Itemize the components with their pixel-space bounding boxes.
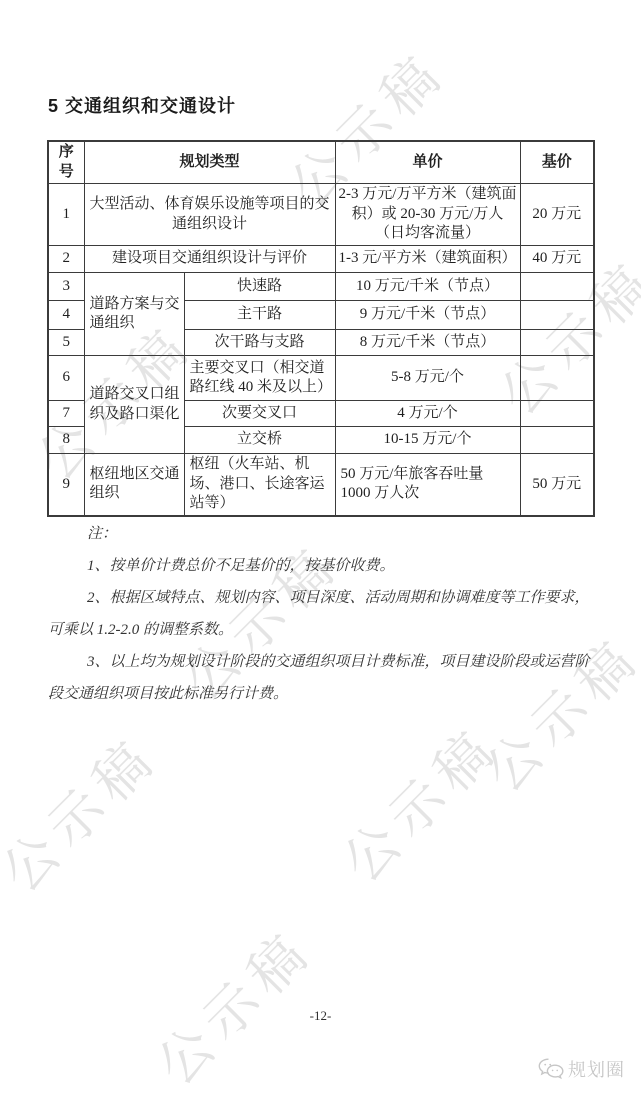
cell-no: 1 <box>48 184 84 246</box>
cell-base <box>520 356 594 401</box>
cell-subtype: 主要交叉口（相交道路红线 40 米及以上） <box>184 356 335 401</box>
cell-group: 道路方案与交通组织 <box>84 273 184 356</box>
header-price: 单价 <box>335 141 520 184</box>
cell-group: 枢纽地区交通组织 <box>84 454 184 516</box>
table-row: 1 大型活动、体育娱乐设施等项目的交通组织设计 2-3 万元/万平方米（建筑面积… <box>48 184 594 246</box>
cell-price: 50 万元/年旅客吞吐量 1000 万人次 <box>335 454 520 516</box>
cell-no: 3 <box>48 273 84 301</box>
wechat-icon <box>538 1058 564 1080</box>
note-item: 1、按单价计费总价不足基价的，按基价收费。 <box>48 550 600 582</box>
table-header-row: 序号 规划类型 单价 基价 <box>48 141 594 184</box>
cell-base: 50 万元 <box>520 454 594 516</box>
cell-no: 6 <box>48 356 84 401</box>
page-number: -12- <box>0 1008 641 1024</box>
cell-base: 40 万元 <box>520 246 594 273</box>
cell-price: 1-3 元/平方米（建筑面积） <box>335 246 520 273</box>
cell-price: 8 万元/千米（节点） <box>335 330 520 356</box>
page-title: 5 交通组织和交通设计 <box>48 92 236 118</box>
cell-price: 5-8 万元/个 <box>335 356 520 401</box>
table-row: 9 枢纽地区交通组织 枢纽（火车站、机场、港口、长途客运站等） 50 万元/年旅… <box>48 454 594 516</box>
cell-subtype: 次要交叉口 <box>184 401 335 427</box>
cell-no: 7 <box>48 401 84 427</box>
cell-no: 4 <box>48 301 84 330</box>
header-no: 序号 <box>48 141 84 184</box>
note-item: 2、根据区域特点、规划内容、项目深度、活动周期和协调难度等工作要求，可乘以 1.… <box>48 582 600 646</box>
cell-no: 9 <box>48 454 84 516</box>
cell-base <box>520 273 594 301</box>
cell-type: 建设项目交通组织设计与评价 <box>84 246 335 273</box>
document-page: 公示稿 公示稿 公示稿 公示稿 公示稿 公示稿 公示稿 公示稿 5 交通组织和交… <box>0 0 641 1103</box>
notes-section: 注： 1、按单价计费总价不足基价的，按基价收费。 2、根据区域特点、规划内容、项… <box>48 518 600 710</box>
notes-label: 注： <box>48 518 600 550</box>
cell-subtype: 枢纽（火车站、机场、港口、长途客运站等） <box>184 454 335 516</box>
cell-subtype: 快速路 <box>184 273 335 301</box>
cell-base <box>520 330 594 356</box>
cell-price: 10-15 万元/个 <box>335 427 520 454</box>
cell-subtype: 立交桥 <box>184 427 335 454</box>
cell-type: 大型活动、体育娱乐设施等项目的交通组织设计 <box>84 184 335 246</box>
cell-no: 5 <box>48 330 84 356</box>
cell-no: 8 <box>48 427 84 454</box>
cell-base <box>520 401 594 427</box>
cell-price: 2-3 万元/万平方米（建筑面积）或 20-30 万元/万人（日均客流量） <box>335 184 520 246</box>
watermark: 公示稿 <box>0 716 172 906</box>
publisher-logo: 规划圈 <box>538 1056 625 1082</box>
cell-subtype: 次干路与支路 <box>184 330 335 356</box>
cell-base <box>520 301 594 330</box>
note-item: 3、以上均为规划设计阶段的交通组织项目计费标准，项目建设阶段或运营阶段交通组织项… <box>48 646 600 710</box>
logo-text: 规划圈 <box>568 1056 625 1082</box>
cell-group: 道路交叉口组织及路口渠化 <box>84 356 184 454</box>
table-row: 3 道路方案与交通组织 快速路 10 万元/千米（节点） <box>48 273 594 301</box>
cell-subtype: 主干路 <box>184 301 335 330</box>
cell-base: 20 万元 <box>520 184 594 246</box>
cell-no: 2 <box>48 246 84 273</box>
header-base: 基价 <box>520 141 594 184</box>
table-row: 6 道路交叉口组织及路口渠化 主要交叉口（相交道路红线 40 米及以上） 5-8… <box>48 356 594 401</box>
cell-price: 10 万元/千米（节点） <box>335 273 520 301</box>
header-type: 规划类型 <box>84 141 335 184</box>
watermark: 公示稿 <box>137 909 327 1099</box>
cell-price: 9 万元/千米（节点） <box>335 301 520 330</box>
cell-price: 4 万元/个 <box>335 401 520 427</box>
fee-table: 序号 规划类型 单价 基价 1 大型活动、体育娱乐设施等项目的交通组织设计 2-… <box>47 140 595 517</box>
table-row: 2 建设项目交通组织设计与评价 1-3 元/平方米（建筑面积） 40 万元 <box>48 246 594 273</box>
cell-base <box>520 427 594 454</box>
